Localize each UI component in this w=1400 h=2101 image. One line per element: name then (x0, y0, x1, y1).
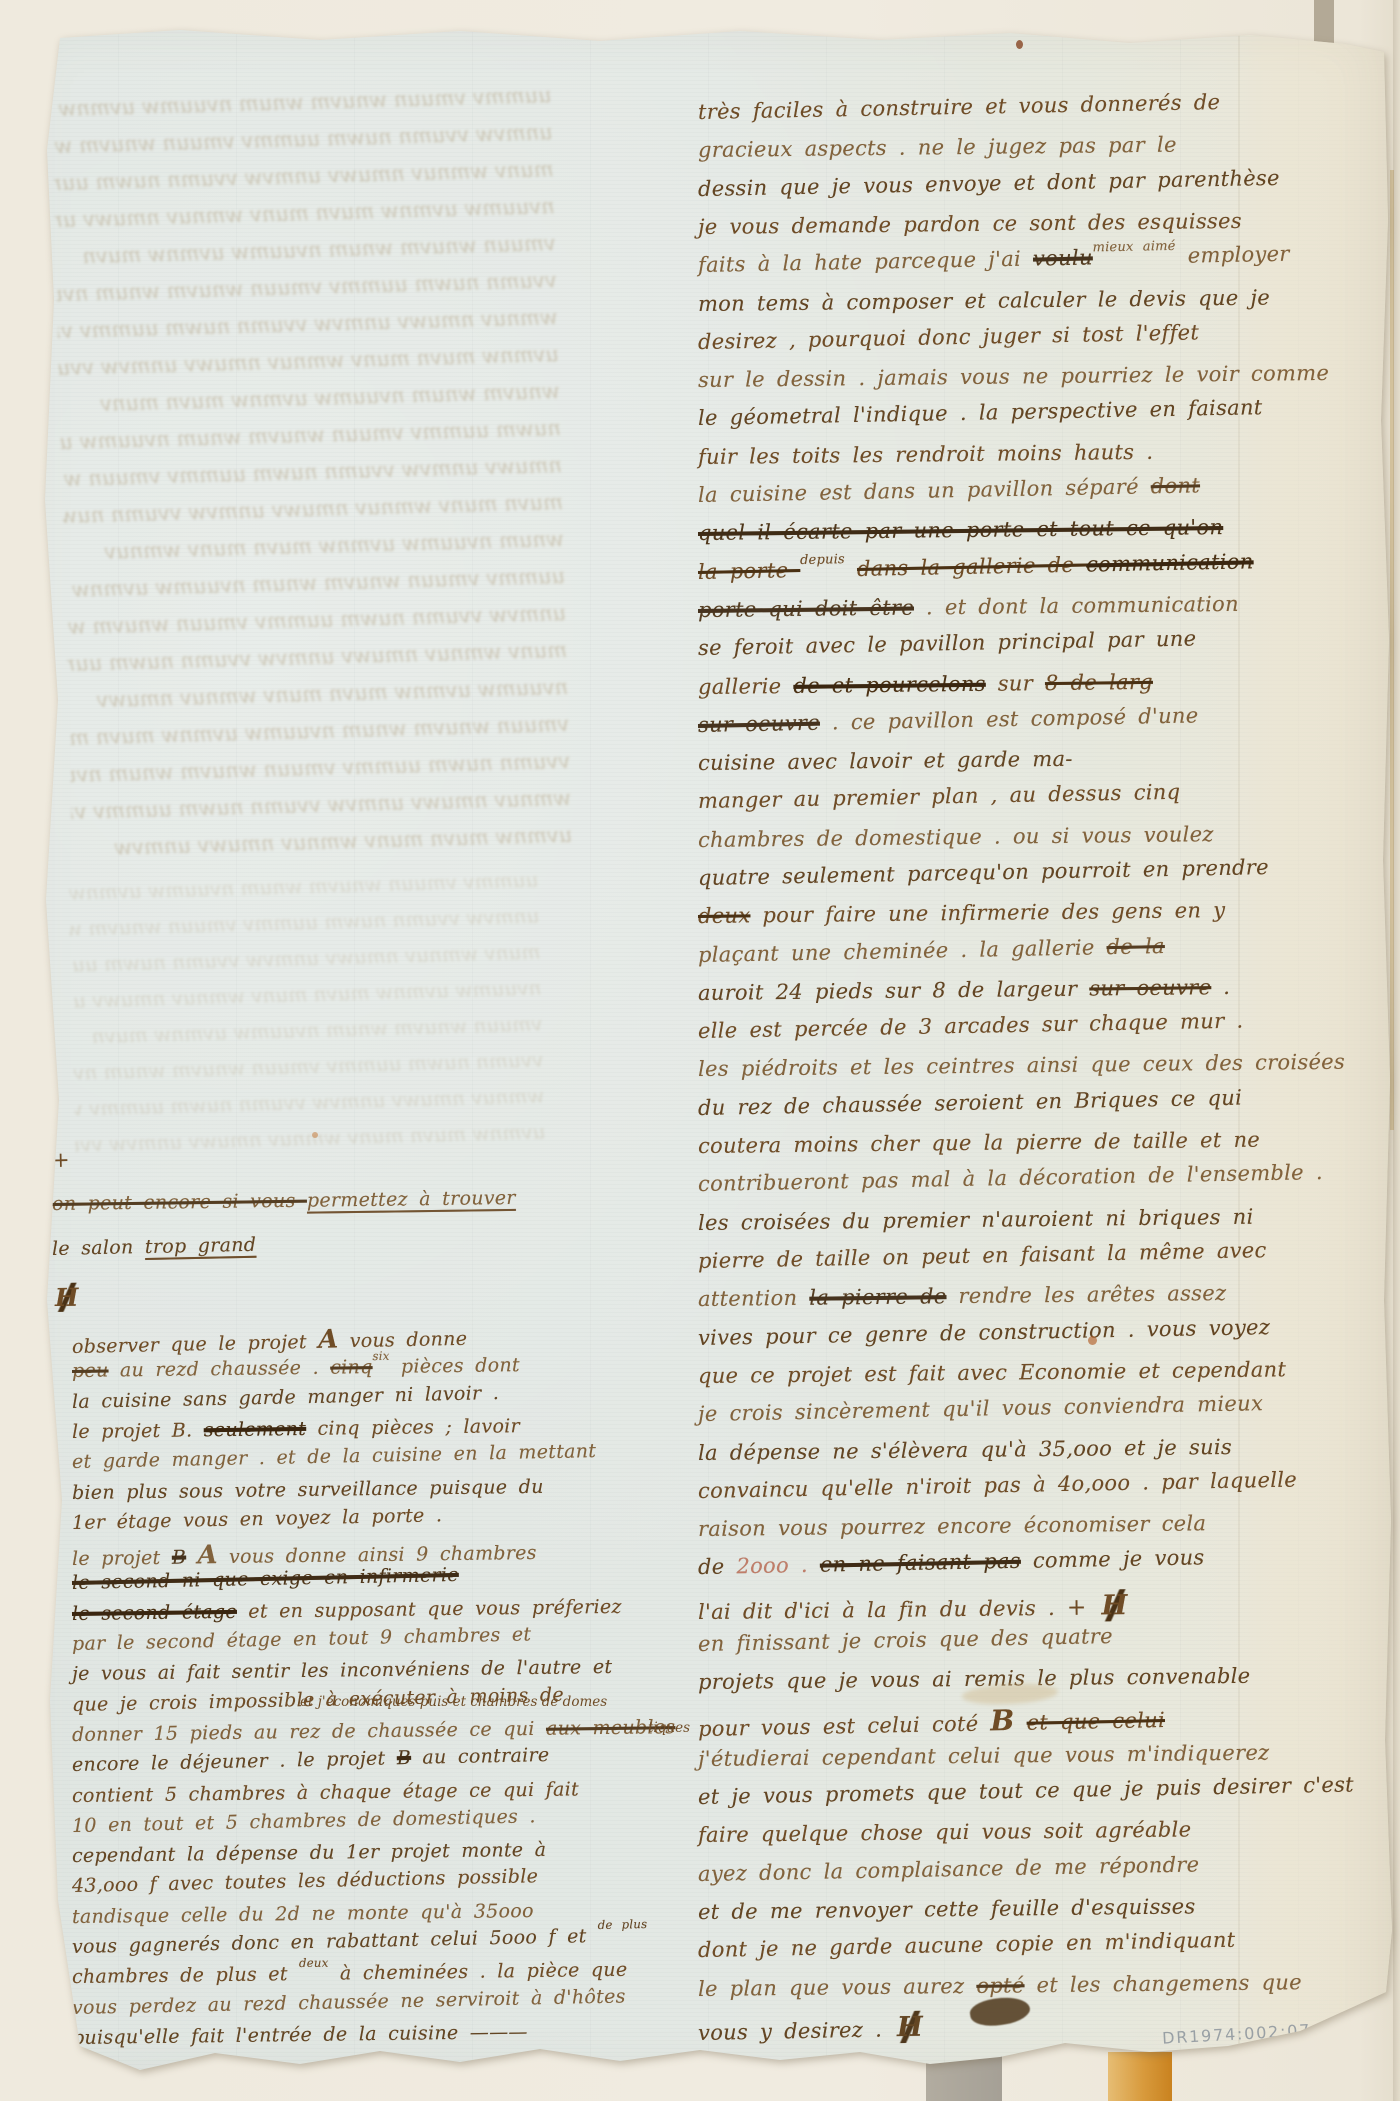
ink-text-segment: cuisine avec lavoir et garde ma- (698, 747, 1073, 775)
ink-text-segment: + (52, 1148, 70, 1172)
ink-text-segment: observer que le projet (72, 1331, 319, 1358)
manuscript-sheet: uummv vmuun wnuvm wnum nvuumw uvmnwunmvw… (0, 0, 1400, 2101)
ink-text-segment: le projet B. (72, 1419, 204, 1443)
ink-text-segment: auroit 24 pieds sur 8 de largeur (698, 977, 1090, 1005)
ink-text-segment: six (372, 1349, 389, 1363)
ink-text-segment: sur oeuvre (698, 711, 820, 737)
ink-text-segment: opté (976, 1973, 1024, 1998)
ink-text-segment: A (197, 1540, 218, 1570)
ink-text-segment: B (172, 1547, 187, 1569)
ink-text-segment: le second étage (72, 1601, 237, 1625)
ink-text-segment: la porte (698, 558, 801, 584)
ink-text-segment: l'ai dit d'ici à la fin du devis . (698, 1596, 1067, 1624)
manuscript-line: fuir les toits les rendroit moins hauts … (698, 440, 1153, 469)
ink-text-segment: deux (698, 903, 751, 928)
ink-text-segment: seulement (204, 1418, 307, 1441)
margin-fragment: une (20, 1898, 48, 1916)
ink-text-segment: rendre les arêtes assez (946, 1281, 1226, 1308)
ink-text-segment: le projet (72, 1547, 172, 1570)
ink-text-segment (1086, 1595, 1098, 1619)
ink-text-segment: attention (698, 1286, 810, 1311)
ink-text-segment: à cheminées . la pièce que (328, 1959, 627, 1985)
manuscript-line: l'ai dit d'ici à la fin du devis . + H (698, 1589, 1131, 1626)
manuscript-sheet-wrap: uummv vmuun wnuvm wnum nvuumw uvmnwunmvw… (0, 0, 1400, 2101)
ink-text-segment: de la (1106, 934, 1165, 959)
ink-text-segment: employer (1176, 242, 1290, 268)
ink-text-segment: 8 de larg (1045, 670, 1153, 695)
ink-text-segment: on peut encore si vous (52, 1190, 307, 1215)
ink-text-segment (186, 1546, 198, 1568)
manuscript-line: H (52, 1283, 82, 1312)
ink-text-segment: dont (1151, 473, 1201, 498)
ink-text-segment: depuis (800, 552, 845, 568)
ink-text-segment (1014, 1711, 1026, 1735)
ink-text-segment: de (698, 1554, 737, 1579)
manuscript-line: cuisine avec lavoir et garde ma- (698, 747, 1073, 775)
manuscript-line: vous y desirez . H (698, 2011, 927, 2047)
ink-text-segment: de et pourcelons (793, 672, 986, 698)
ink-text-segment: et les changemens que (1024, 1970, 1302, 1997)
ink-text-segment: gallerie (698, 674, 794, 699)
ink-text-segment: sur (986, 671, 1045, 696)
ink-text-segment: voulu (1033, 245, 1093, 270)
ink-text-segment: A (318, 1324, 339, 1354)
ink-text-segment: B (397, 1747, 412, 1769)
ink-text-segment: dans la gallerie de (857, 553, 1087, 581)
ink-text-segment: H (1098, 1589, 1130, 1621)
ink-text-segment: B (990, 1703, 1015, 1737)
margin-fragment: et j'économiques puis et chambres de dom… (300, 1694, 607, 1710)
manuscript-scan: { "document": { "kind": "handwritten let… (0, 0, 1400, 2101)
ink-text-segment: peu (72, 1360, 109, 1382)
ink-text-segment: . (1211, 975, 1230, 999)
ink-text-segment: porte qui doit être (698, 596, 914, 622)
ink-text-segment (808, 1553, 820, 1577)
ink-text-segment: de plus (598, 1917, 648, 1932)
manuscript-line: + (52, 1148, 70, 1172)
ink-text-segment: comme je vous (1021, 1545, 1205, 1573)
ink-text-segment: mieux aimé (1092, 239, 1175, 256)
ink-text-segment: vous y desirez . (698, 2017, 894, 2045)
ink-text-segment: 2ooo . (736, 1553, 808, 1578)
ink-text-segment: permettez à trouver (307, 1187, 516, 1212)
ink-text-segment: pour vous est celui coté (698, 1711, 991, 1741)
ink-text-segment: cinq pièces ; lavoir (306, 1415, 520, 1440)
ink-text-segment: communication (1086, 549, 1254, 576)
ink-text-segment: le salon (52, 1236, 145, 1260)
ink-text-segment: . et dont la communication (914, 592, 1239, 620)
ink-text-segment: au rezd chaussée . (108, 1357, 330, 1382)
manuscript-line: le salon trop grand (52, 1234, 257, 1260)
ink-text-segment: et que celui (1026, 1708, 1165, 1735)
ink-text-segment: H (52, 1283, 82, 1312)
ink-text-segment: + (1067, 1595, 1087, 1621)
ink-text-segment: cinq (330, 1356, 373, 1379)
ink-text-segment: pièces dont (389, 1354, 520, 1378)
ink-text-segment: en ne faisant pas (820, 1549, 1021, 1577)
ink-text-segment: vous donne (338, 1328, 467, 1353)
ink-text-segment: H (894, 2011, 927, 2044)
ink-text-segment: au contraire (411, 1744, 550, 1769)
ink-text-segment (845, 557, 857, 581)
ink-text-segment: trop grand (145, 1234, 257, 1258)
ink-text-segment: chambres de plus et (72, 1963, 299, 1988)
ink-text-segment: le plan que vous aurez (698, 1974, 977, 2001)
ink-text-segment: vous donne ainsi 9 chambres (218, 1542, 537, 1568)
ink-text-segment: deux (299, 1956, 329, 1970)
ink-text-segment: la pierre de (809, 1284, 946, 1310)
ink-text-segment: fuir les toits les rendroit moins hauts … (698, 440, 1153, 469)
ink-text-segment: sur oeuvre (1089, 975, 1211, 1000)
margin-fragment: tiques (648, 1720, 690, 1736)
